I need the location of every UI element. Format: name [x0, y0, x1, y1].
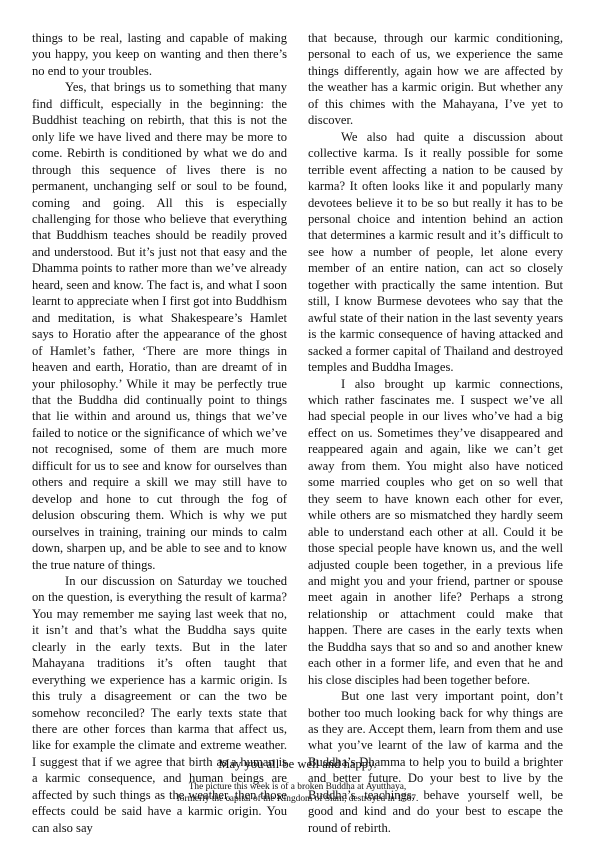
left-column: things to be real, lasting and capable o… [32, 30, 287, 710]
paragraph: that because, through our karmic conditi… [308, 30, 563, 129]
paragraph: Yes, that brings us to something that ma… [32, 79, 287, 573]
picture-caption: The picture this week is of a broken Bud… [0, 782, 595, 805]
closing-blessing: May you all be well and happy. [0, 756, 595, 772]
two-column-body: things to be real, lasting and capable o… [32, 30, 563, 710]
right-column: that because, through our karmic conditi… [308, 30, 563, 710]
paragraph: things to be real, lasting and capable o… [32, 30, 287, 79]
document-page: things to be real, lasting and capable o… [0, 0, 595, 842]
caption-line-2: formerly the capital of the Kingdom of S… [0, 794, 595, 806]
caption-line-1: The picture this week is of a broken Bud… [0, 782, 595, 794]
paragraph: I also brought up karmic connections, wh… [308, 376, 563, 689]
paragraph: We also had quite a discussion about col… [308, 129, 563, 376]
